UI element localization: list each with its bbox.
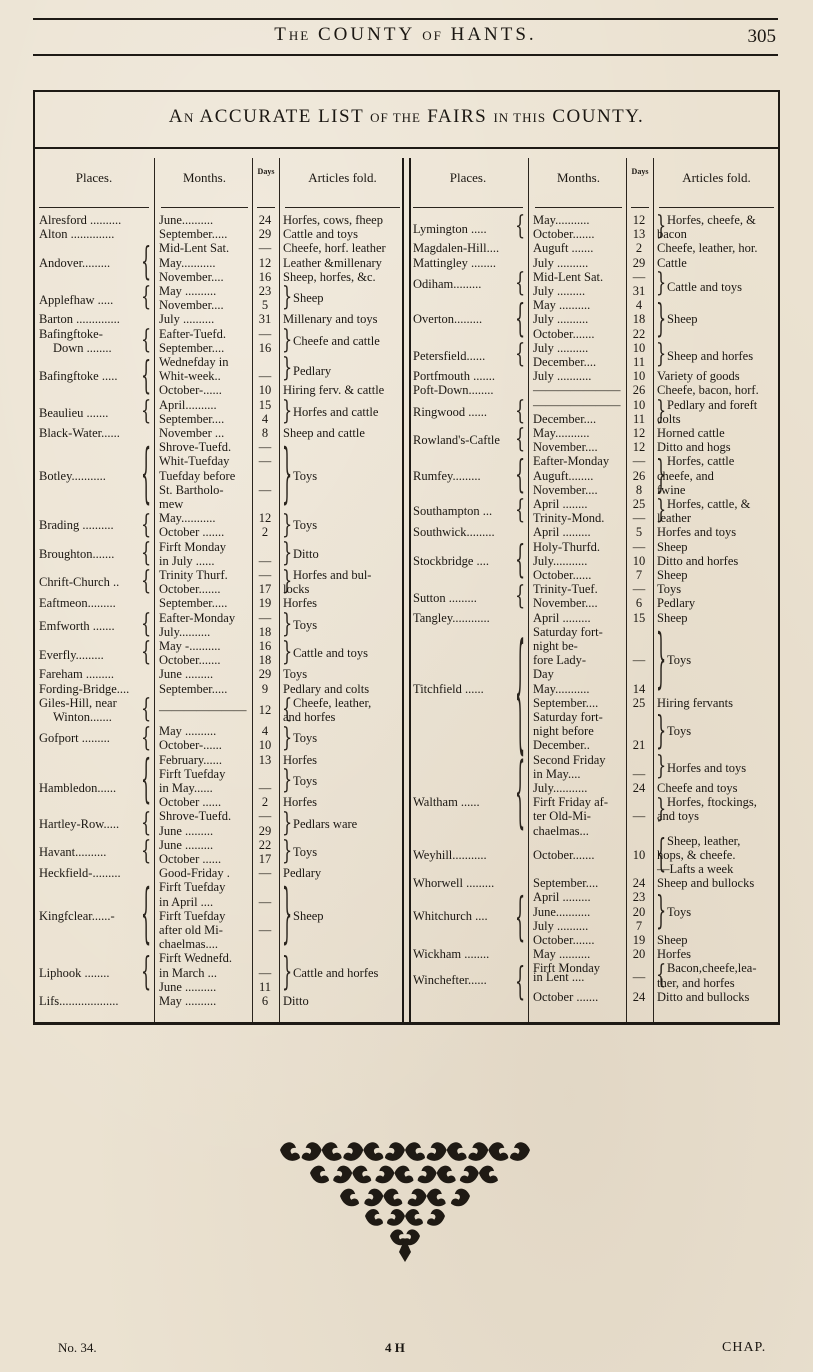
fair-day: 11 bbox=[627, 355, 651, 369]
left-half-table: Places.Months.DaysArticles fold.Alresfor… bbox=[35, 158, 404, 1022]
articles-sold: Pedlars ware bbox=[293, 817, 357, 831]
fair-month: Trinity-Tuef. bbox=[533, 582, 598, 596]
articles-sold: Horfes, cheefe, & bbox=[667, 213, 756, 227]
fair-month: in July ...... bbox=[159, 554, 215, 568]
fair-month: October ...... bbox=[159, 795, 221, 809]
left-brace-icon: { bbox=[141, 611, 151, 637]
fair-month: July .......... bbox=[533, 312, 588, 326]
articles-sold: Toys bbox=[667, 724, 691, 738]
fair-month: chaelmas.... bbox=[159, 937, 218, 951]
fair-day: 5 bbox=[253, 298, 277, 312]
fair-day: — bbox=[253, 241, 277, 255]
fair-day: — bbox=[253, 568, 277, 582]
fair-month: February...... bbox=[159, 753, 222, 767]
fair-day: 24 bbox=[253, 213, 277, 227]
articles-sold: Sheep and horfes bbox=[667, 349, 753, 363]
fair-month: Saturday fort- bbox=[533, 710, 603, 724]
right-brace-icon: } bbox=[282, 540, 292, 566]
fair-month: October ....... bbox=[533, 990, 598, 1004]
place-name: Rowland's-Caftle bbox=[409, 433, 500, 447]
articles-sold: Horfes and toys bbox=[667, 761, 746, 775]
fair-month: November.... bbox=[533, 440, 598, 454]
place-name: Beaulieu ....... bbox=[35, 406, 108, 420]
fleuron-leaf-icon bbox=[408, 1189, 427, 1207]
place-name: Weyhill........... bbox=[409, 848, 487, 862]
fair-month: October....... bbox=[533, 327, 594, 341]
articles-sold: Millenary and toys bbox=[283, 312, 377, 326]
fair-day: — bbox=[627, 767, 651, 781]
fleuron-leaf-icon bbox=[310, 1166, 329, 1184]
left-brace-icon: { bbox=[141, 243, 151, 282]
place-name: Alton .............. bbox=[35, 227, 114, 241]
fair-month: May........... bbox=[533, 426, 589, 440]
fleuron-leaf-icon bbox=[322, 1142, 342, 1161]
fleuron-leaf-icon bbox=[468, 1142, 488, 1161]
left-brace-icon: { bbox=[141, 725, 151, 751]
articles-sold: Leather &millenary bbox=[283, 256, 382, 270]
place-name: Botley........... bbox=[35, 469, 106, 483]
column-header-art: Articles fold. bbox=[281, 170, 404, 186]
fair-month: July .......... bbox=[533, 256, 588, 270]
fair-day: — bbox=[253, 369, 277, 383]
fair-month: in March ... bbox=[159, 966, 217, 980]
fair-month: July ........... bbox=[533, 369, 591, 383]
right-brace-icon: } bbox=[282, 611, 292, 637]
articles-sold: Toys bbox=[667, 905, 691, 919]
place-name: Titchfield ...... bbox=[409, 682, 484, 696]
articles-sold: Cattle and horfes bbox=[293, 966, 378, 980]
fair-day: 4 bbox=[253, 724, 277, 738]
place-name-continued: Down ........ bbox=[49, 341, 112, 355]
right-brace-icon: } bbox=[282, 398, 292, 424]
fair-month: Day bbox=[533, 667, 554, 681]
fleuron-leaf-icon bbox=[510, 1142, 530, 1161]
articles-sold: Sheep bbox=[667, 312, 698, 326]
fair-month: ——————— bbox=[159, 703, 247, 717]
place-name: Southwick......... bbox=[409, 525, 495, 539]
place-name: Ringwood ...... bbox=[409, 405, 487, 419]
articles-sold: Horfes and cattle bbox=[293, 405, 378, 419]
column-rule bbox=[653, 158, 654, 1022]
fair-month: October-...... bbox=[159, 383, 222, 397]
articles-sold: ther, and horfes bbox=[657, 976, 735, 990]
fair-month: Eafter-Monday bbox=[159, 611, 235, 625]
fair-month: April ........ bbox=[533, 497, 588, 511]
fair-day: 29 bbox=[253, 227, 277, 241]
fair-day: 12 bbox=[253, 703, 277, 717]
fleuron-leaf-icon bbox=[280, 1142, 300, 1161]
gathering-mark: 4 H bbox=[385, 1340, 405, 1356]
fair-month: October ...... bbox=[159, 852, 221, 866]
fair-month: June ......... bbox=[159, 824, 213, 838]
articles-sold: Toys bbox=[293, 845, 317, 859]
fair-day: 2 bbox=[253, 795, 277, 809]
place-name: Barton .............. bbox=[35, 312, 120, 326]
fair-month: night before bbox=[533, 724, 594, 738]
right-brace-icon: } bbox=[282, 810, 292, 836]
left-brace-icon: { bbox=[515, 630, 525, 759]
articles-sold: Bacon,cheefe,lea- bbox=[667, 961, 757, 975]
fair-day: — bbox=[253, 966, 277, 980]
articles-sold: Toys bbox=[293, 774, 317, 788]
left-brace-icon: { bbox=[515, 962, 525, 1001]
fleuron-leaf-icon bbox=[387, 1209, 405, 1226]
fair-day: 22 bbox=[627, 327, 651, 341]
place-name: Bafingftoke- bbox=[35, 327, 103, 341]
fair-month: June........... bbox=[533, 905, 590, 919]
fair-month: November.... bbox=[159, 298, 224, 312]
place-name: Alresford .......... bbox=[35, 213, 121, 227]
fair-month: Wednefday in bbox=[159, 355, 228, 369]
articles-sold: Sheep bbox=[657, 568, 688, 582]
fair-day: 24 bbox=[627, 781, 651, 795]
fair-day: 5 bbox=[627, 525, 651, 539]
fair-month: October....... bbox=[533, 227, 594, 241]
fair-day: 4 bbox=[627, 298, 651, 312]
articles-sold: Horfes, cattle bbox=[667, 454, 734, 468]
fair-month: October...... bbox=[533, 568, 591, 582]
fair-month: Auguft........ bbox=[533, 469, 593, 483]
fleuron-leaf-icon bbox=[427, 1189, 446, 1207]
place-name: Gofport ......... bbox=[35, 731, 110, 745]
header-rule bbox=[39, 207, 149, 208]
place-name: Heckfield-......... bbox=[35, 866, 121, 880]
fair-day: 18 bbox=[253, 625, 277, 639]
fair-day: 22 bbox=[253, 838, 277, 852]
fair-day: 11 bbox=[627, 412, 651, 426]
fair-month: April ......... bbox=[533, 525, 591, 539]
header-rule bbox=[659, 207, 774, 208]
fleuron-leaf-icon bbox=[405, 1142, 425, 1161]
place-name: Bafingftoke ..... bbox=[35, 369, 117, 383]
fair-month: Firft Tuefday bbox=[159, 909, 225, 923]
fair-day: 14 bbox=[627, 682, 651, 696]
left-brace-icon: { bbox=[515, 398, 525, 424]
articles-sold: Ditto and hogs bbox=[657, 440, 731, 454]
fair-day: 10 bbox=[627, 369, 651, 383]
place-name: Applefhaw ..... bbox=[35, 293, 113, 307]
fair-month: October....... bbox=[159, 582, 220, 596]
fair-day: — bbox=[627, 809, 651, 823]
right-brace-icon: } bbox=[656, 753, 666, 779]
header-rule bbox=[535, 207, 622, 208]
signature-mark: No. 34. bbox=[58, 1340, 97, 1356]
title-part: A bbox=[169, 106, 184, 127]
fleuron-leaf-icon bbox=[418, 1166, 437, 1184]
place-name: Magdalen-Hill.... bbox=[409, 241, 499, 255]
running-title-smallcaps: HE bbox=[289, 28, 310, 43]
fair-month: July .......... bbox=[533, 341, 588, 355]
articles-sold: Sheep bbox=[293, 909, 324, 923]
fair-day: 10 bbox=[253, 383, 277, 397]
left-brace-icon: { bbox=[515, 756, 525, 833]
right-brace-icon: } bbox=[656, 270, 666, 296]
articles-sold: Cheefe, horf. leather bbox=[283, 241, 386, 255]
articles-sold: Sheep and bullocks bbox=[657, 876, 754, 890]
place-name: Hartley-Row..... bbox=[35, 817, 119, 831]
fair-month: Trinity Thurf. bbox=[159, 568, 228, 582]
place-name: Liphook ........ bbox=[35, 966, 109, 980]
fair-month: Eafter-Monday bbox=[533, 454, 609, 468]
fair-day: 24 bbox=[627, 876, 651, 890]
left-brace-icon: { bbox=[141, 568, 151, 594]
articles-sold: Sheep and cattle bbox=[283, 426, 365, 440]
fair-day: 25 bbox=[627, 696, 651, 710]
fleuron-leaf-icon bbox=[479, 1166, 498, 1184]
left-brace-icon: { bbox=[141, 284, 151, 310]
column-rule bbox=[279, 158, 280, 1022]
articles-sold: Horfes, cattle, & bbox=[667, 497, 750, 511]
fair-month: ——————— bbox=[533, 398, 621, 412]
articles-sold: Horfes, cows, fheep bbox=[283, 213, 383, 227]
fair-month: night be- bbox=[533, 639, 578, 653]
left-brace-icon: { bbox=[141, 810, 151, 836]
column-header-art: Articles fold. bbox=[655, 170, 778, 186]
articles-sold: Sheep, leather, bbox=[667, 834, 740, 848]
fair-day: — bbox=[253, 809, 277, 823]
fair-month: September..... bbox=[159, 682, 227, 696]
fair-day: 16 bbox=[253, 341, 277, 355]
fair-day: 10 bbox=[627, 554, 651, 568]
fair-month: May........... bbox=[533, 682, 589, 696]
fair-month: November.... bbox=[533, 596, 598, 610]
left-brace-icon: { bbox=[141, 540, 151, 566]
fair-day: 12 bbox=[627, 213, 651, 227]
right-brace-icon: } bbox=[282, 639, 292, 665]
fair-day: — bbox=[627, 540, 651, 554]
fair-month: Firft Wednefd. bbox=[159, 951, 232, 965]
articles-sold: Cattle and toys bbox=[283, 227, 358, 241]
fair-day: 7 bbox=[627, 568, 651, 582]
fleuron-leaf-icon bbox=[343, 1142, 363, 1161]
left-brace-icon: { bbox=[141, 754, 151, 806]
title-rule bbox=[35, 147, 778, 149]
catchword: CHAP. bbox=[722, 1340, 766, 1356]
articles-sold: Sheep, horfes, &c. bbox=[283, 270, 376, 284]
articles-sold: and toys bbox=[657, 809, 699, 823]
place-name: Fareham ......... bbox=[35, 667, 114, 681]
fair-month: Second Friday bbox=[533, 753, 606, 767]
fair-day: — bbox=[253, 554, 277, 568]
articles-sold: Toys bbox=[293, 518, 317, 532]
fair-month: July........... bbox=[533, 554, 587, 568]
title-part: ACCURATE LIST bbox=[194, 106, 370, 127]
articles-sold: Sheep bbox=[657, 540, 688, 554]
articles-sold: Hiring ferv. & cattle bbox=[283, 383, 384, 397]
articles-sold: Horfes and bul- bbox=[293, 568, 371, 582]
fleuron-leaf-icon bbox=[364, 1189, 383, 1207]
fair-day: 7 bbox=[627, 919, 651, 933]
articles-sold: Cheefe and cattle bbox=[293, 334, 380, 348]
fair-day: 29 bbox=[627, 256, 651, 270]
fleuron-leaf-icon bbox=[363, 1142, 383, 1161]
right-brace-icon: } bbox=[656, 341, 666, 367]
fair-month: October....... bbox=[533, 933, 594, 947]
place-name: Wickham ........ bbox=[409, 947, 489, 961]
fair-month: fore Lady- bbox=[533, 653, 586, 667]
running-title-county: COUNTY bbox=[310, 24, 422, 45]
fair-day: 21 bbox=[627, 738, 651, 752]
place-name: Andover......... bbox=[35, 256, 110, 270]
right-brace-icon: } bbox=[282, 327, 292, 353]
fair-month: December.... bbox=[533, 412, 596, 426]
fair-month: June.......... bbox=[159, 213, 213, 227]
fair-day: — bbox=[627, 454, 651, 468]
left-brace-icon: { bbox=[141, 327, 151, 353]
fleuron-leaf-icon bbox=[394, 1166, 413, 1184]
column-header-place: Places. bbox=[35, 170, 153, 186]
fleuron-leaf-icon bbox=[385, 1142, 405, 1161]
place-name: Everfly......... bbox=[35, 648, 104, 662]
place-name: Fording-Bridge.... bbox=[35, 682, 129, 696]
fair-month: April.......... bbox=[159, 398, 217, 412]
articles-sold: Toys bbox=[657, 582, 681, 596]
fair-month: July........... bbox=[533, 781, 587, 795]
fair-month: May .......... bbox=[533, 947, 590, 961]
fair-day: 17 bbox=[253, 852, 277, 866]
fleuron-leaf-icon bbox=[427, 1142, 447, 1161]
left-brace-icon: { bbox=[515, 497, 525, 523]
fair-month: May .......... bbox=[159, 284, 216, 298]
fair-day: 8 bbox=[253, 426, 277, 440]
fair-month: Saturday fort- bbox=[533, 625, 603, 639]
fair-day: 23 bbox=[627, 890, 651, 904]
fair-month: Shrove-Tuefd. bbox=[159, 440, 231, 454]
fair-day: 10 bbox=[627, 398, 651, 412]
fair-month: Tuefday before bbox=[159, 469, 235, 483]
articles-sold: bacon bbox=[657, 227, 687, 241]
fair-month: in Lent .... bbox=[533, 970, 584, 984]
articles-sold: locks bbox=[283, 582, 309, 596]
fair-month: May .......... bbox=[159, 724, 216, 738]
right-brace-icon: } bbox=[656, 627, 666, 692]
running-title-hants: HANTS. bbox=[443, 24, 537, 45]
fair-month: May -.......... bbox=[159, 639, 220, 653]
articles-sold: Toys bbox=[293, 618, 317, 632]
place-name: Brading .......... bbox=[35, 518, 114, 532]
articles-sold: Cheefe, leather, bbox=[293, 696, 371, 710]
right-brace-icon: } bbox=[282, 725, 292, 751]
fair-month: October ....... bbox=[159, 525, 224, 539]
header-rule bbox=[285, 207, 400, 208]
column-rule bbox=[154, 158, 155, 1022]
fair-day: — bbox=[253, 781, 277, 795]
fair-month: September.... bbox=[159, 412, 224, 426]
place-name: Lymington ..... bbox=[409, 222, 487, 236]
place-name: Poft-Down........ bbox=[409, 383, 494, 397]
fair-month: October-...... bbox=[159, 738, 222, 752]
articles-sold: Ditto and bullocks bbox=[657, 990, 749, 1004]
articles-sold: colts bbox=[657, 412, 681, 426]
fair-day: 26 bbox=[627, 469, 651, 483]
place-name: Eaftmeon......... bbox=[35, 596, 116, 610]
fair-month: Holy-Thurfd. bbox=[533, 540, 600, 554]
place-name: Waltham ...... bbox=[409, 795, 480, 809]
left-brace-icon: { bbox=[515, 456, 525, 495]
fair-month: Whit-Tuefday bbox=[159, 454, 229, 468]
fair-month: Eafter-Tuefd. bbox=[159, 327, 226, 341]
fleuron-leaf-icon bbox=[352, 1166, 371, 1184]
right-brace-icon: } bbox=[656, 711, 666, 750]
articles-sold: Sheep bbox=[293, 291, 324, 305]
page-number: 305 bbox=[748, 26, 777, 48]
left-brace-icon: { bbox=[141, 398, 151, 424]
place-name: Emfworth ....... bbox=[35, 619, 115, 633]
right-brace-icon: } bbox=[282, 767, 292, 793]
fair-month: May .......... bbox=[159, 994, 216, 1008]
place-name: Chrift-Church .. bbox=[35, 575, 119, 589]
fair-month: Mid-Lent Sat. bbox=[159, 241, 229, 255]
fair-month: September..... bbox=[159, 596, 227, 610]
fair-day: 8 bbox=[627, 483, 651, 497]
fair-day: 10 bbox=[253, 738, 277, 752]
fleuron-leaf-icon bbox=[375, 1166, 394, 1184]
fair-month: Firft Tuefday bbox=[159, 880, 225, 894]
articles-sold: Sheep bbox=[657, 933, 688, 947]
column-header-day: Days bbox=[627, 167, 653, 176]
fair-day: 16 bbox=[253, 270, 277, 284]
fair-day: 2 bbox=[627, 241, 651, 255]
place-name-continued: Winton....... bbox=[49, 710, 112, 724]
left-brace-icon: { bbox=[515, 341, 525, 367]
fair-day: 20 bbox=[627, 905, 651, 919]
articles-sold: Pedlary bbox=[293, 364, 331, 378]
articles-sold: leather bbox=[657, 511, 691, 525]
fair-day: 12 bbox=[627, 426, 651, 440]
fair-day: — bbox=[253, 327, 277, 341]
fair-month: November.... bbox=[159, 270, 224, 284]
fair-day: 13 bbox=[627, 227, 651, 241]
fair-day: — bbox=[627, 511, 651, 525]
articles-sold: Horfes, ftockings, bbox=[667, 795, 757, 809]
column-header-month: Months. bbox=[531, 170, 626, 186]
fair-month: July ......... bbox=[533, 284, 585, 298]
fair-day: 12 bbox=[253, 256, 277, 270]
place-name: Hambledon...... bbox=[35, 781, 116, 795]
fair-day: 6 bbox=[627, 596, 651, 610]
fair-day: 11 bbox=[253, 980, 277, 994]
fleuron-leaf-icon bbox=[302, 1142, 322, 1161]
articles-sold: Variety of goods bbox=[657, 369, 740, 383]
place-name: Whorwell ......... bbox=[409, 876, 494, 890]
fair-month: June ......... bbox=[159, 838, 213, 852]
articles-sold: Cattle and toys bbox=[667, 280, 742, 294]
place-name: Havant.......... bbox=[35, 845, 106, 859]
place-name: Odiham......... bbox=[409, 277, 481, 291]
fair-day: 23 bbox=[253, 284, 277, 298]
header-rule bbox=[413, 207, 523, 208]
fleuron-leaf-icon bbox=[405, 1209, 423, 1226]
left-brace-icon: { bbox=[141, 639, 151, 665]
left-brace-icon: { bbox=[515, 426, 525, 452]
articles-sold: Ditto bbox=[293, 547, 319, 561]
fair-day: — bbox=[627, 970, 651, 984]
fair-day: — bbox=[253, 483, 277, 497]
fair-month: Mid-Lent Sat. bbox=[533, 270, 603, 284]
fair-month: July.......... bbox=[159, 625, 210, 639]
left-brace-icon: { bbox=[141, 953, 151, 992]
left-brace-icon: { bbox=[141, 356, 151, 395]
articles-sold: Toys bbox=[667, 653, 691, 667]
fair-day: 12 bbox=[627, 440, 651, 454]
fair-day: 20 bbox=[627, 947, 651, 961]
fleuron-leaf-icon bbox=[365, 1209, 383, 1226]
articles-sold: cheefe, and bbox=[657, 469, 714, 483]
fair-day: 31 bbox=[253, 312, 277, 326]
right-brace-icon: } bbox=[282, 512, 292, 538]
title-part: N bbox=[184, 110, 194, 125]
fair-day: 29 bbox=[253, 824, 277, 838]
